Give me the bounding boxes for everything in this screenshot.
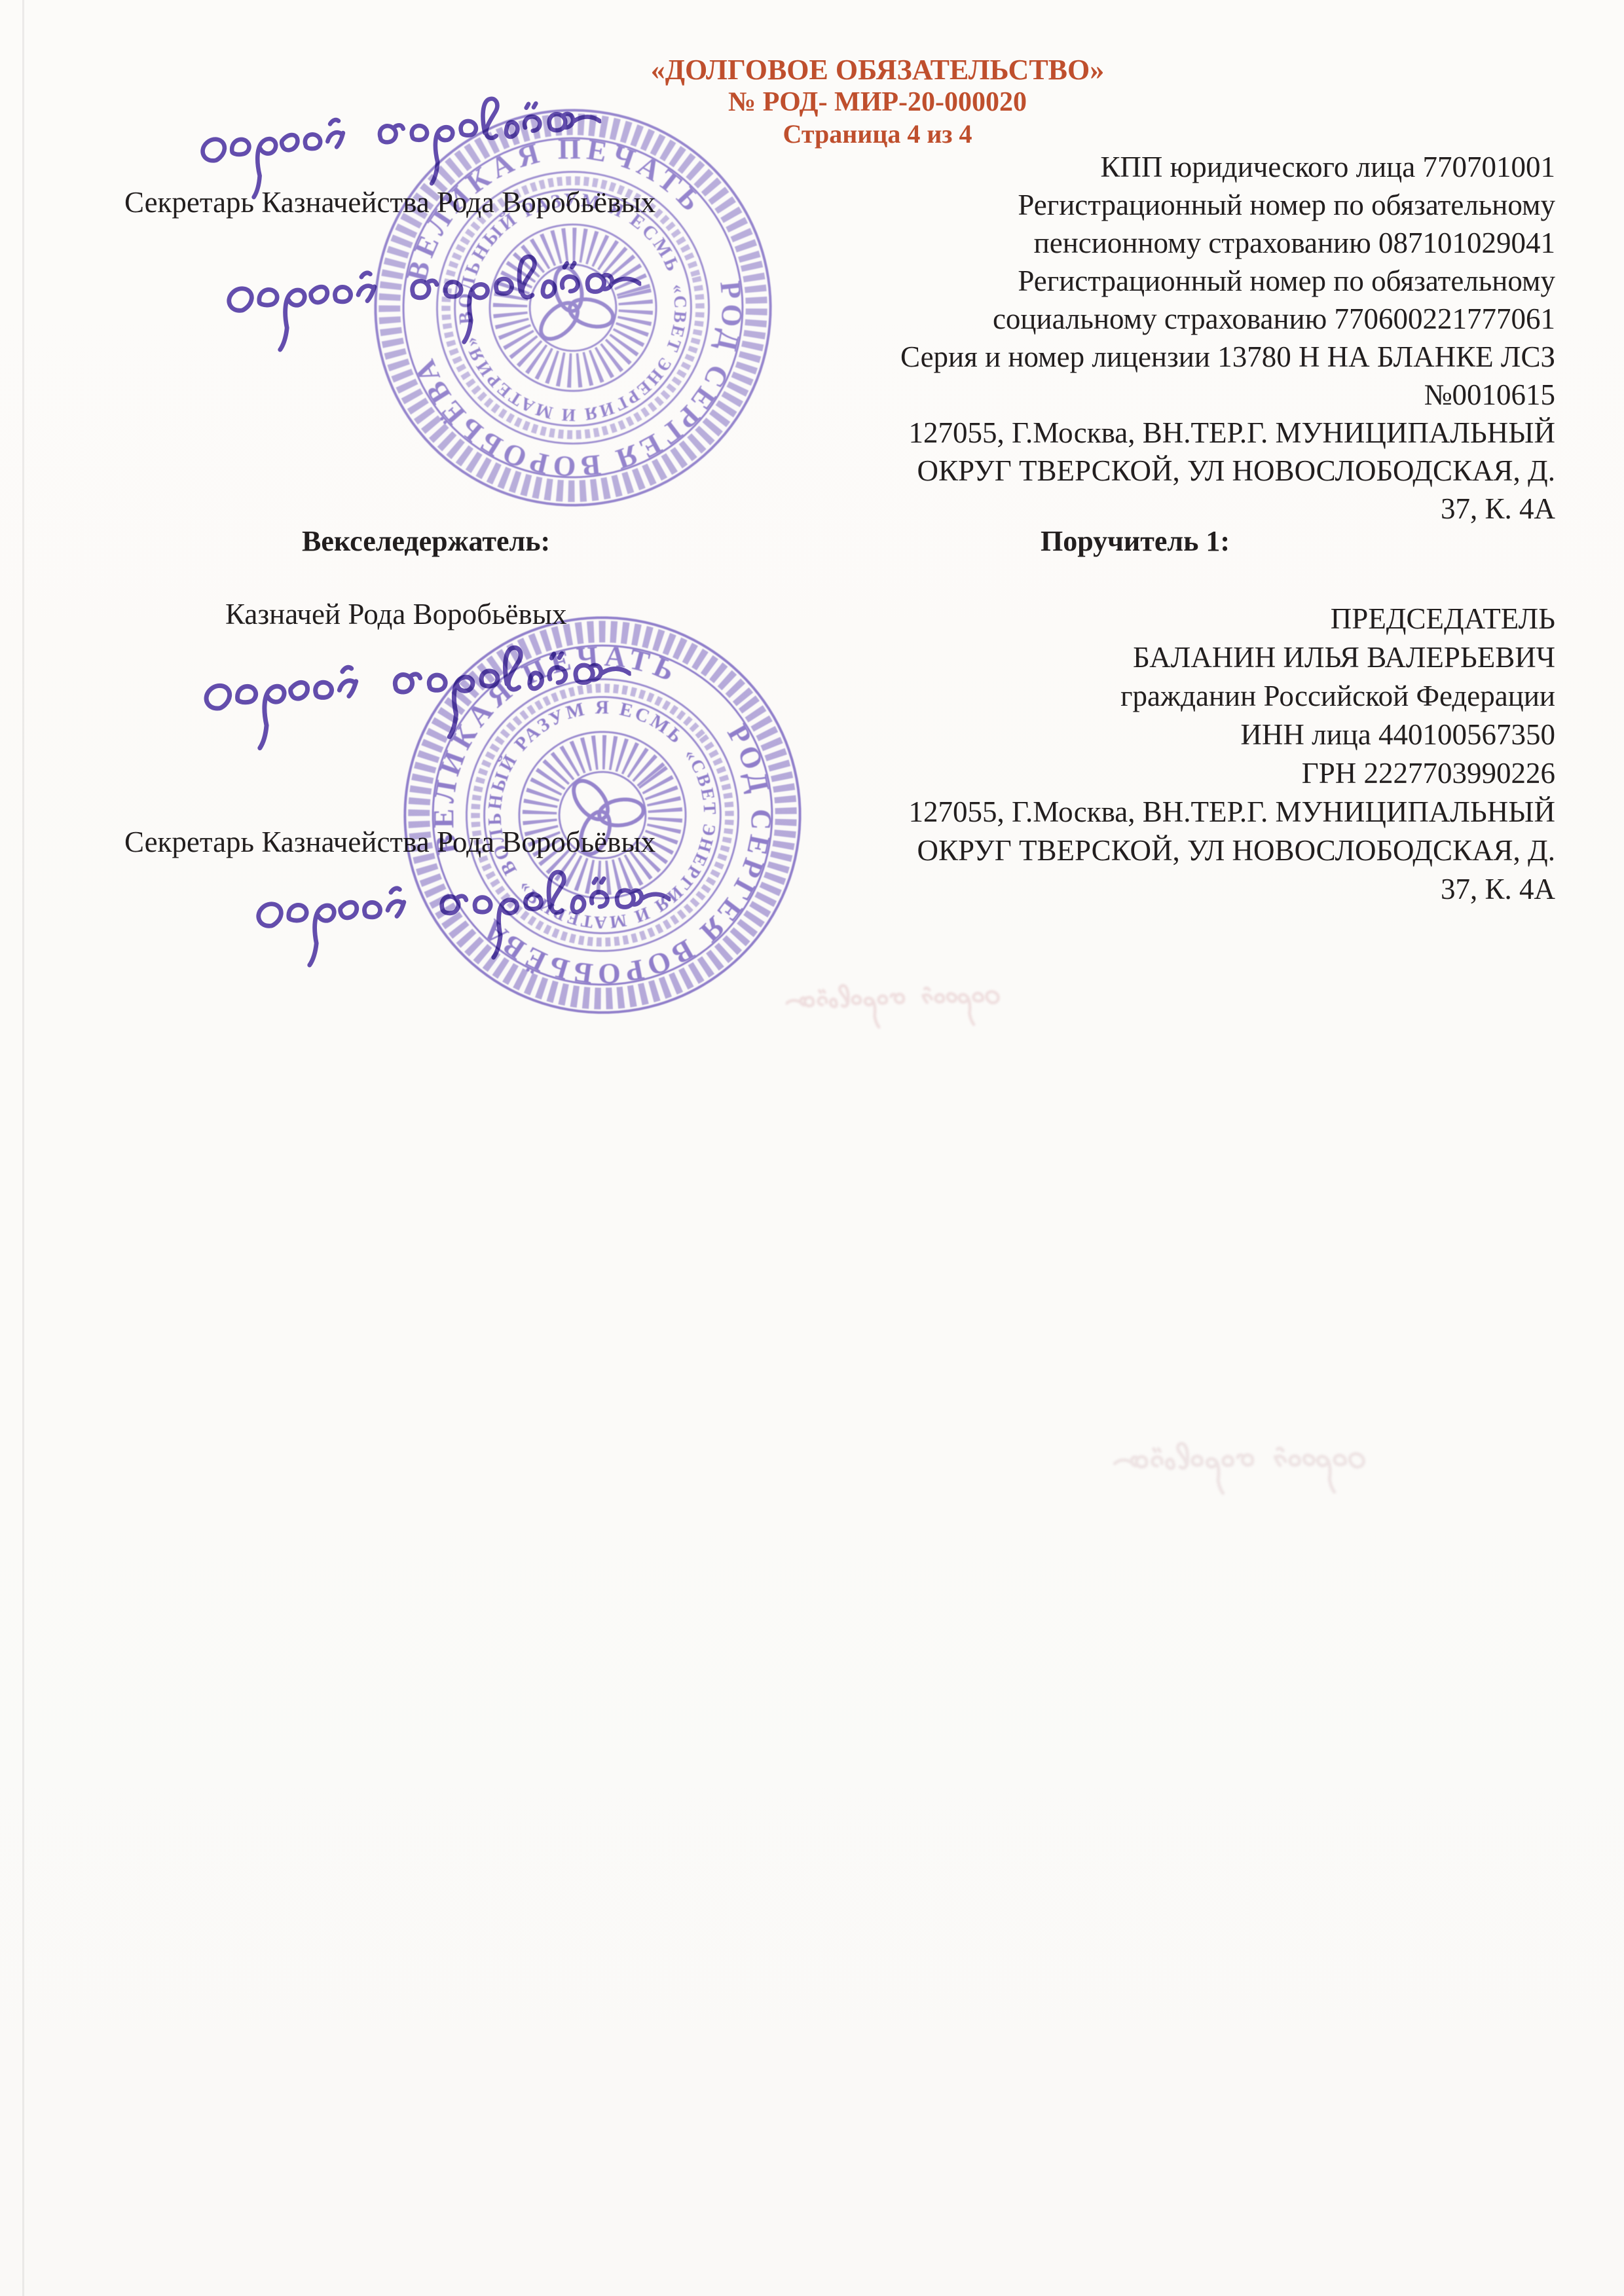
scanner-edge-artifact <box>22 0 24 2296</box>
guarantor-detail-line: ПРЕДСЕДАТЕЛЬ <box>704 600 1555 638</box>
guarantor-detail-line: гражданин Российской Федерации <box>704 677 1555 716</box>
signature-sergey-vorobyov-2 <box>221 247 644 357</box>
guarantor-detail-line: БАЛАНИН ИЛЬЯ ВАЛЕРЬЕВИЧ <box>704 638 1555 677</box>
guarantor-detail-line: ИНН лица 440100567350 <box>704 716 1555 754</box>
signature-sergey-vorobyov-4 <box>251 862 673 972</box>
guarantor-section-header: Поручитель 1: <box>1041 524 1230 558</box>
document-page: ВЕЛИКАЯ ПЕЧАТЬ РОД СЕРГЕЯ ВОРОБЬЁВА ВОЛЬ… <box>0 0 1624 2296</box>
issuer-detail-line: 37, К. 4А <box>606 490 1555 528</box>
bleed-through-mark-1 <box>785 977 1003 1033</box>
bleed-through-mark-2 <box>1113 1437 1369 1499</box>
